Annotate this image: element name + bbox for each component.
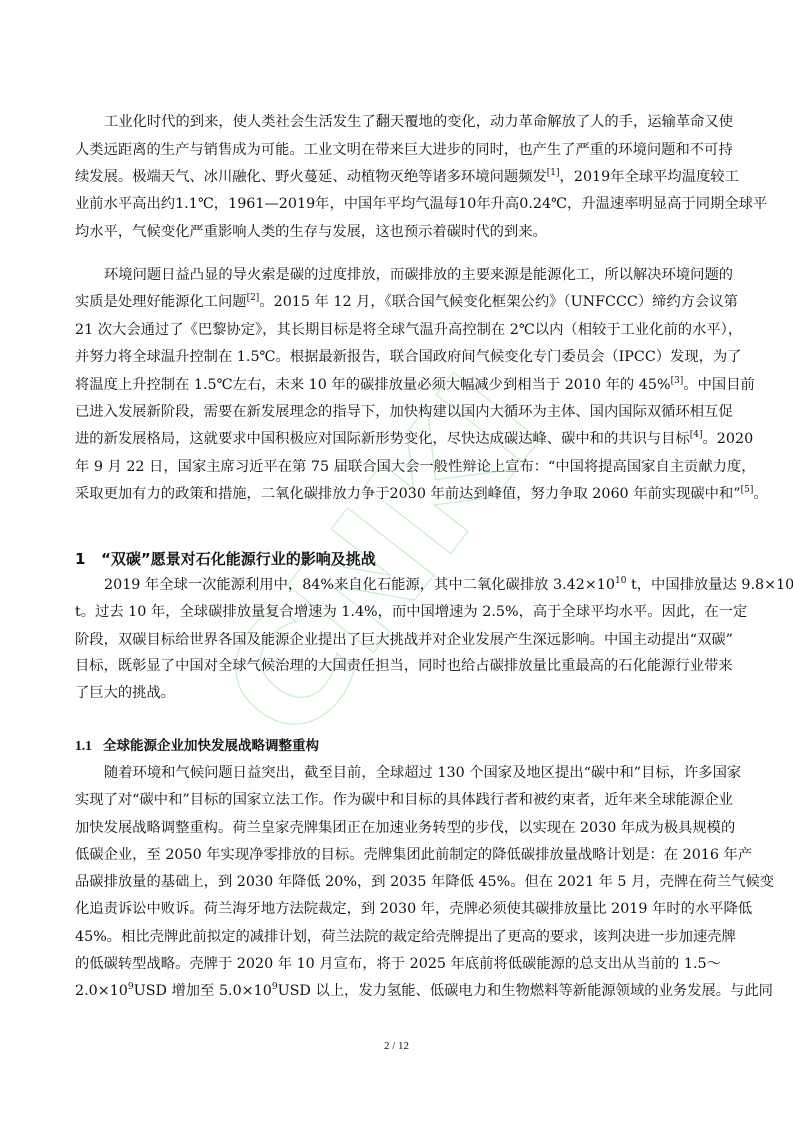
paragraph-3-line-2: t。过去 10 年，全球碳排放量复合增速为 1.4%，而中国增速为 2.5%，高… xyxy=(75,603,718,621)
section-heading-1: 1“双碳”愿景对石化能源行业的影响及挑战 xyxy=(75,550,376,568)
subsection-number: 1.1 xyxy=(75,737,103,755)
paragraph-2-line-7: 进的新发展格局，这就要求中国积极应对国际新形势变化，尽快达成碳达峰、碳中和的共识… xyxy=(75,430,718,448)
paragraph-4-line-3: 加快发展战略调整重构。荷兰皇家壳牌集团正在加速业务转型的步伐，以实现在 2030… xyxy=(75,819,718,837)
text-run: 续发展。极端天气、冰川融化、野火蔓延、动植物灭绝等诸多环境问题频发 xyxy=(75,169,547,185)
page-number: 2 / 12 xyxy=(0,1040,793,1052)
citation-1: [1] xyxy=(547,168,560,178)
paragraph-2-line-5: 将温度上升控制在 1.5℃左右，未来 10 年的碳排放量必须大幅减少到相当于 2… xyxy=(75,376,718,394)
paragraph-4-line-4: 低碳企业，至 2050 年实现净零排放的目标。壳牌集团此前制定的降低碳排放量战略… xyxy=(75,846,718,864)
paragraph-4-line-2: 实现了对“碳中和”目标的国家立法工作。作为碳中和目标的具体践行者和被约束者，近年… xyxy=(75,791,718,809)
paragraph-1-line-1: 工业化时代的到来，使人类社会生活发生了翻天覆地的变化，动力革命解放了人的手，运输… xyxy=(104,113,718,131)
paragraph-3-line-4: 目标，既彰显了中国对全球气候治理的大国责任担当，同时也给占碳排放量比重最高的石化… xyxy=(75,657,718,675)
citation-2: [2] xyxy=(247,293,260,303)
paragraph-2-line-4: 并努力将全球温升控制在 1.5℃。根据最新报告，联合国政府间气候变化专门委员会（… xyxy=(75,348,718,366)
document-page: CNKI 工业化时代的到来，使人类社会生活发生了翻天覆地的变化，动力革命解放了人… xyxy=(0,0,793,1122)
paragraph-2-line-8: 年 9 月 22 日，国家主席习近平在第 75 届联合国大会一般性辩论上宣布：“… xyxy=(75,458,718,476)
paragraph-1-line-4: 业前水平高出约1.1℃，1961—2019年，中国年平均气温每10年升高0.24… xyxy=(75,195,718,213)
section-title: “双碳”愿景对石化能源行业的影响及挑战 xyxy=(101,550,376,568)
paragraph-3-line-3: 阶段，双碳目标给世界各国及能源企业提出了巨大挑战并对企业发展产生深远影响。中国主… xyxy=(75,631,718,649)
paragraph-2-line-6: 已进入发展新阶段，需要在新发展理念的指导下，加快构建以国内大循环为主体、国内国际… xyxy=(75,403,718,421)
paragraph-4-line-6: 化追责诉讼中败诉。荷兰海牙地方法院裁定，到 2030 年，壳牌必须使其碳排放量比… xyxy=(75,900,718,918)
paragraph-4-line-9: 2.0×109USD 增加至 5.0×109USD 以上，发力氢能、低碳电力和生… xyxy=(75,982,718,1000)
paragraph-2-line-3: 21 次大会通过了《巴黎协定》，其长期目标是将全球气温升高控制在 2℃以内（相较… xyxy=(75,321,718,339)
section-number: 1 xyxy=(75,550,101,568)
citation-4: [4] xyxy=(690,430,703,440)
citation-5: [5] xyxy=(741,485,754,495)
paragraph-4-line-7: 45%。相比壳牌此前拟定的减排计划，荷兰法院的裁定给壳牌提出了更高的要求，该判决… xyxy=(75,928,718,946)
text-run: ，2019年全球平均温度较工 xyxy=(560,169,739,185)
paragraph-3-line-1: 2019 年全球一次能源利用中，84%来自化石能源，其中二氧化碳排放 3.42×… xyxy=(104,576,718,594)
paragraph-4-line-5: 品碳排放量的基础上，到 2030 年降低 20%，到 2035 年降低 45%。… xyxy=(75,873,718,891)
paragraph-1-line-3: 续发展。极端天气、冰川融化、野火蔓延、动植物灭绝等诸多环境问题频发[1]，201… xyxy=(75,168,718,186)
paragraph-2-line-9: 采取更加有力的政策和措施，二氧化碳排放力争于2030 年前达到峰值，努力争取 2… xyxy=(75,485,718,503)
citation-3: [3] xyxy=(671,376,684,386)
paragraph-4-line-8: 的低碳转型战略。壳牌于 2020 年 10 月宣布，将于 2025 年底前将低碳… xyxy=(75,955,718,973)
paragraph-1-line-5: 均水平，气候变化严重影响人类的生存与发展，这也预示着碳时代的到来。 xyxy=(75,223,718,241)
subsection-title: 全球能源企业加快发展战略调整重构 xyxy=(103,738,319,754)
paragraph-3-line-5: 了巨大的挑战。 xyxy=(75,684,718,702)
paragraph-4-line-1: 随着环境和气候问题日益突出，截至目前，全球超过 130 个国家及地区提出“碳中和… xyxy=(104,764,718,782)
paragraph-2-line-1: 环境问题日益凸显的导火索是碳的过度排放，而碳排放的主要来源是能源化工，所以解决环… xyxy=(104,266,718,284)
paragraph-2-line-2: 实质是处理好能源化工问题[2]。2015 年 12 月，《联合国气候变化框架公约… xyxy=(75,293,718,311)
subsection-heading-1-1: 1.1全球能源企业加快发展战略调整重构 xyxy=(75,737,319,755)
paragraph-1-line-2: 人类远距离的生产与销售成为可能。工业文明在带来巨大进步的同时，也产生了严重的环境… xyxy=(75,141,718,159)
